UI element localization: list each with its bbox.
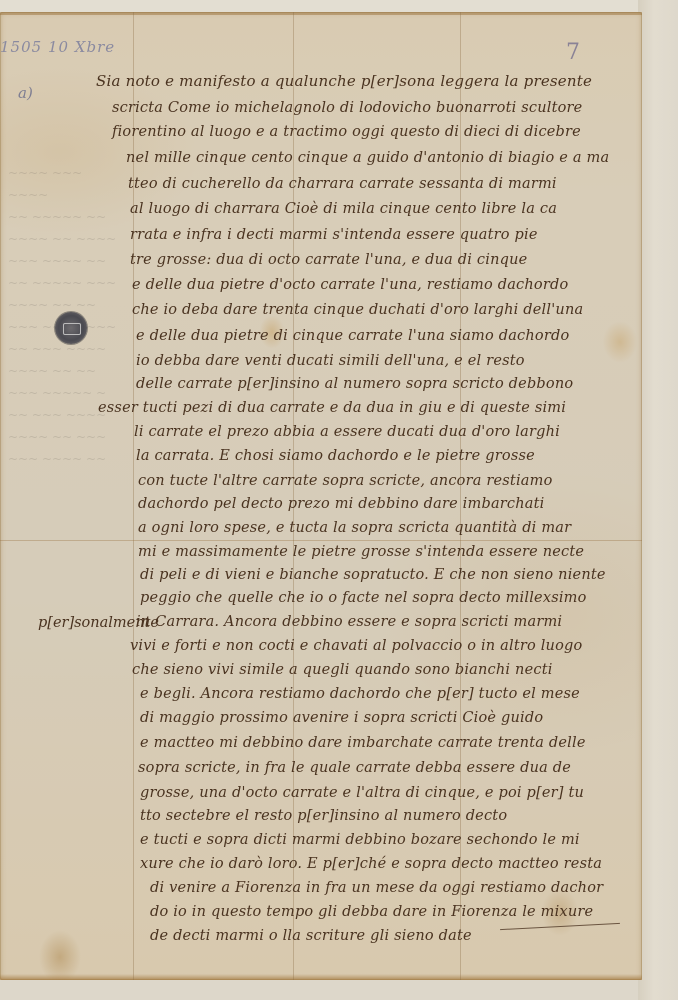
text-line: scricta Come io michelagnolo di lodovich…	[112, 100, 582, 116]
seal-emblem	[63, 323, 81, 335]
text-line: dachordo pel decto prezo mi debbino dare…	[138, 496, 545, 512]
text-line: e mactteo mi debbino dare imbarchate car…	[140, 735, 586, 751]
text-line: nel mille cinque cento cinque a guido d'…	[126, 150, 609, 166]
text-line: e begli. Ancora restiamo dachordo che p[…	[140, 686, 580, 702]
text-line: li carrate el prezo abbia a essere ducat…	[134, 424, 560, 440]
text-line: al luogo di charrara Cioè di mila cinque…	[130, 201, 557, 217]
archive-letter-annotation: a)	[18, 84, 33, 102]
text-line: Sia noto e manifesto a qualunche p[er]so…	[96, 72, 592, 90]
text-line: vivi e forti e non cocti e chavati al po…	[130, 638, 582, 654]
sheet-top-edge	[0, 12, 642, 15]
text-line: e delle dua pietre d'octo carrate l'una,…	[132, 277, 568, 293]
text-line: peggio che quelle che io o facte nel sop…	[140, 590, 587, 606]
text-line: di maggio prossimo avenire i sopra scric…	[140, 710, 543, 726]
ink-bleed-through: ~~~~ ~~~ ~~~~~~ ~~~~~ ~~~~~~ ~~ ~~~~~~~ …	[8, 162, 118, 862]
text-line: tre grosse: dua di octo carrate l'una, e…	[130, 252, 527, 268]
text-line: sopra scricte, in fra le quale carrate d…	[138, 760, 571, 776]
sheet-bottom-edge	[0, 974, 642, 980]
text-line: di venire a Fiorenza in fra un mese da o…	[150, 880, 603, 896]
text-line: di peli e di vieni e bianche sopratucto.…	[140, 567, 606, 583]
text-line: rrata e infra i decti marmi s'intenda es…	[130, 227, 538, 243]
archive-seal-icon	[55, 312, 87, 344]
margin-note: p[er]sonalmente	[38, 615, 159, 631]
text-line: de decti marmi o lla scriture gli sieno …	[150, 928, 472, 944]
text-line: che sieno vivi simile a quegli quando so…	[132, 662, 553, 678]
text-line: con tucte l'altre carrate sopra scricte,…	[138, 473, 553, 489]
text-line: e tucti e sopra dicti marmi debbino boza…	[140, 832, 580, 848]
text-line: io debba dare venti ducati simili dell'u…	[136, 353, 525, 369]
text-line: tteo di cucherello da charrara carrate s…	[128, 176, 557, 192]
text-line: la carrata. E chosi siamo dachordo e le …	[136, 448, 535, 464]
text-line: grosse, una d'octo carrate e l'altra di …	[140, 785, 584, 801]
text-line: do io in questo tempo gli debba dare in …	[150, 904, 593, 920]
mount-right-strip	[638, 0, 678, 1000]
folio-number: 7	[566, 40, 580, 65]
text-line: esser tucti pezi di dua carrate e da dua…	[98, 400, 566, 416]
text-line: mi e massimamente le pietre grosse s'int…	[138, 544, 584, 560]
text-line: in Carrara. Ancora debbino essere e sopr…	[136, 614, 562, 630]
text-line: che io deba dare trenta cinque duchati d…	[132, 302, 583, 318]
text-line: a ogni loro spese, e tucta la sopra scri…	[138, 520, 571, 536]
text-line: e delle dua pietre di cinque carrate l'u…	[136, 328, 569, 344]
archive-date-annotation: 1505 10 Xbre	[0, 38, 115, 56]
text-line: delle carrate p[er]insino al numero sopr…	[136, 376, 573, 392]
text-line: fiorentino al luogo e a tractimo oggi qu…	[112, 124, 581, 140]
text-line: tto sectebre el resto p[er]insino al num…	[140, 808, 507, 824]
text-line: xure che io darò loro. E p[er]ché e sopr…	[140, 856, 602, 872]
